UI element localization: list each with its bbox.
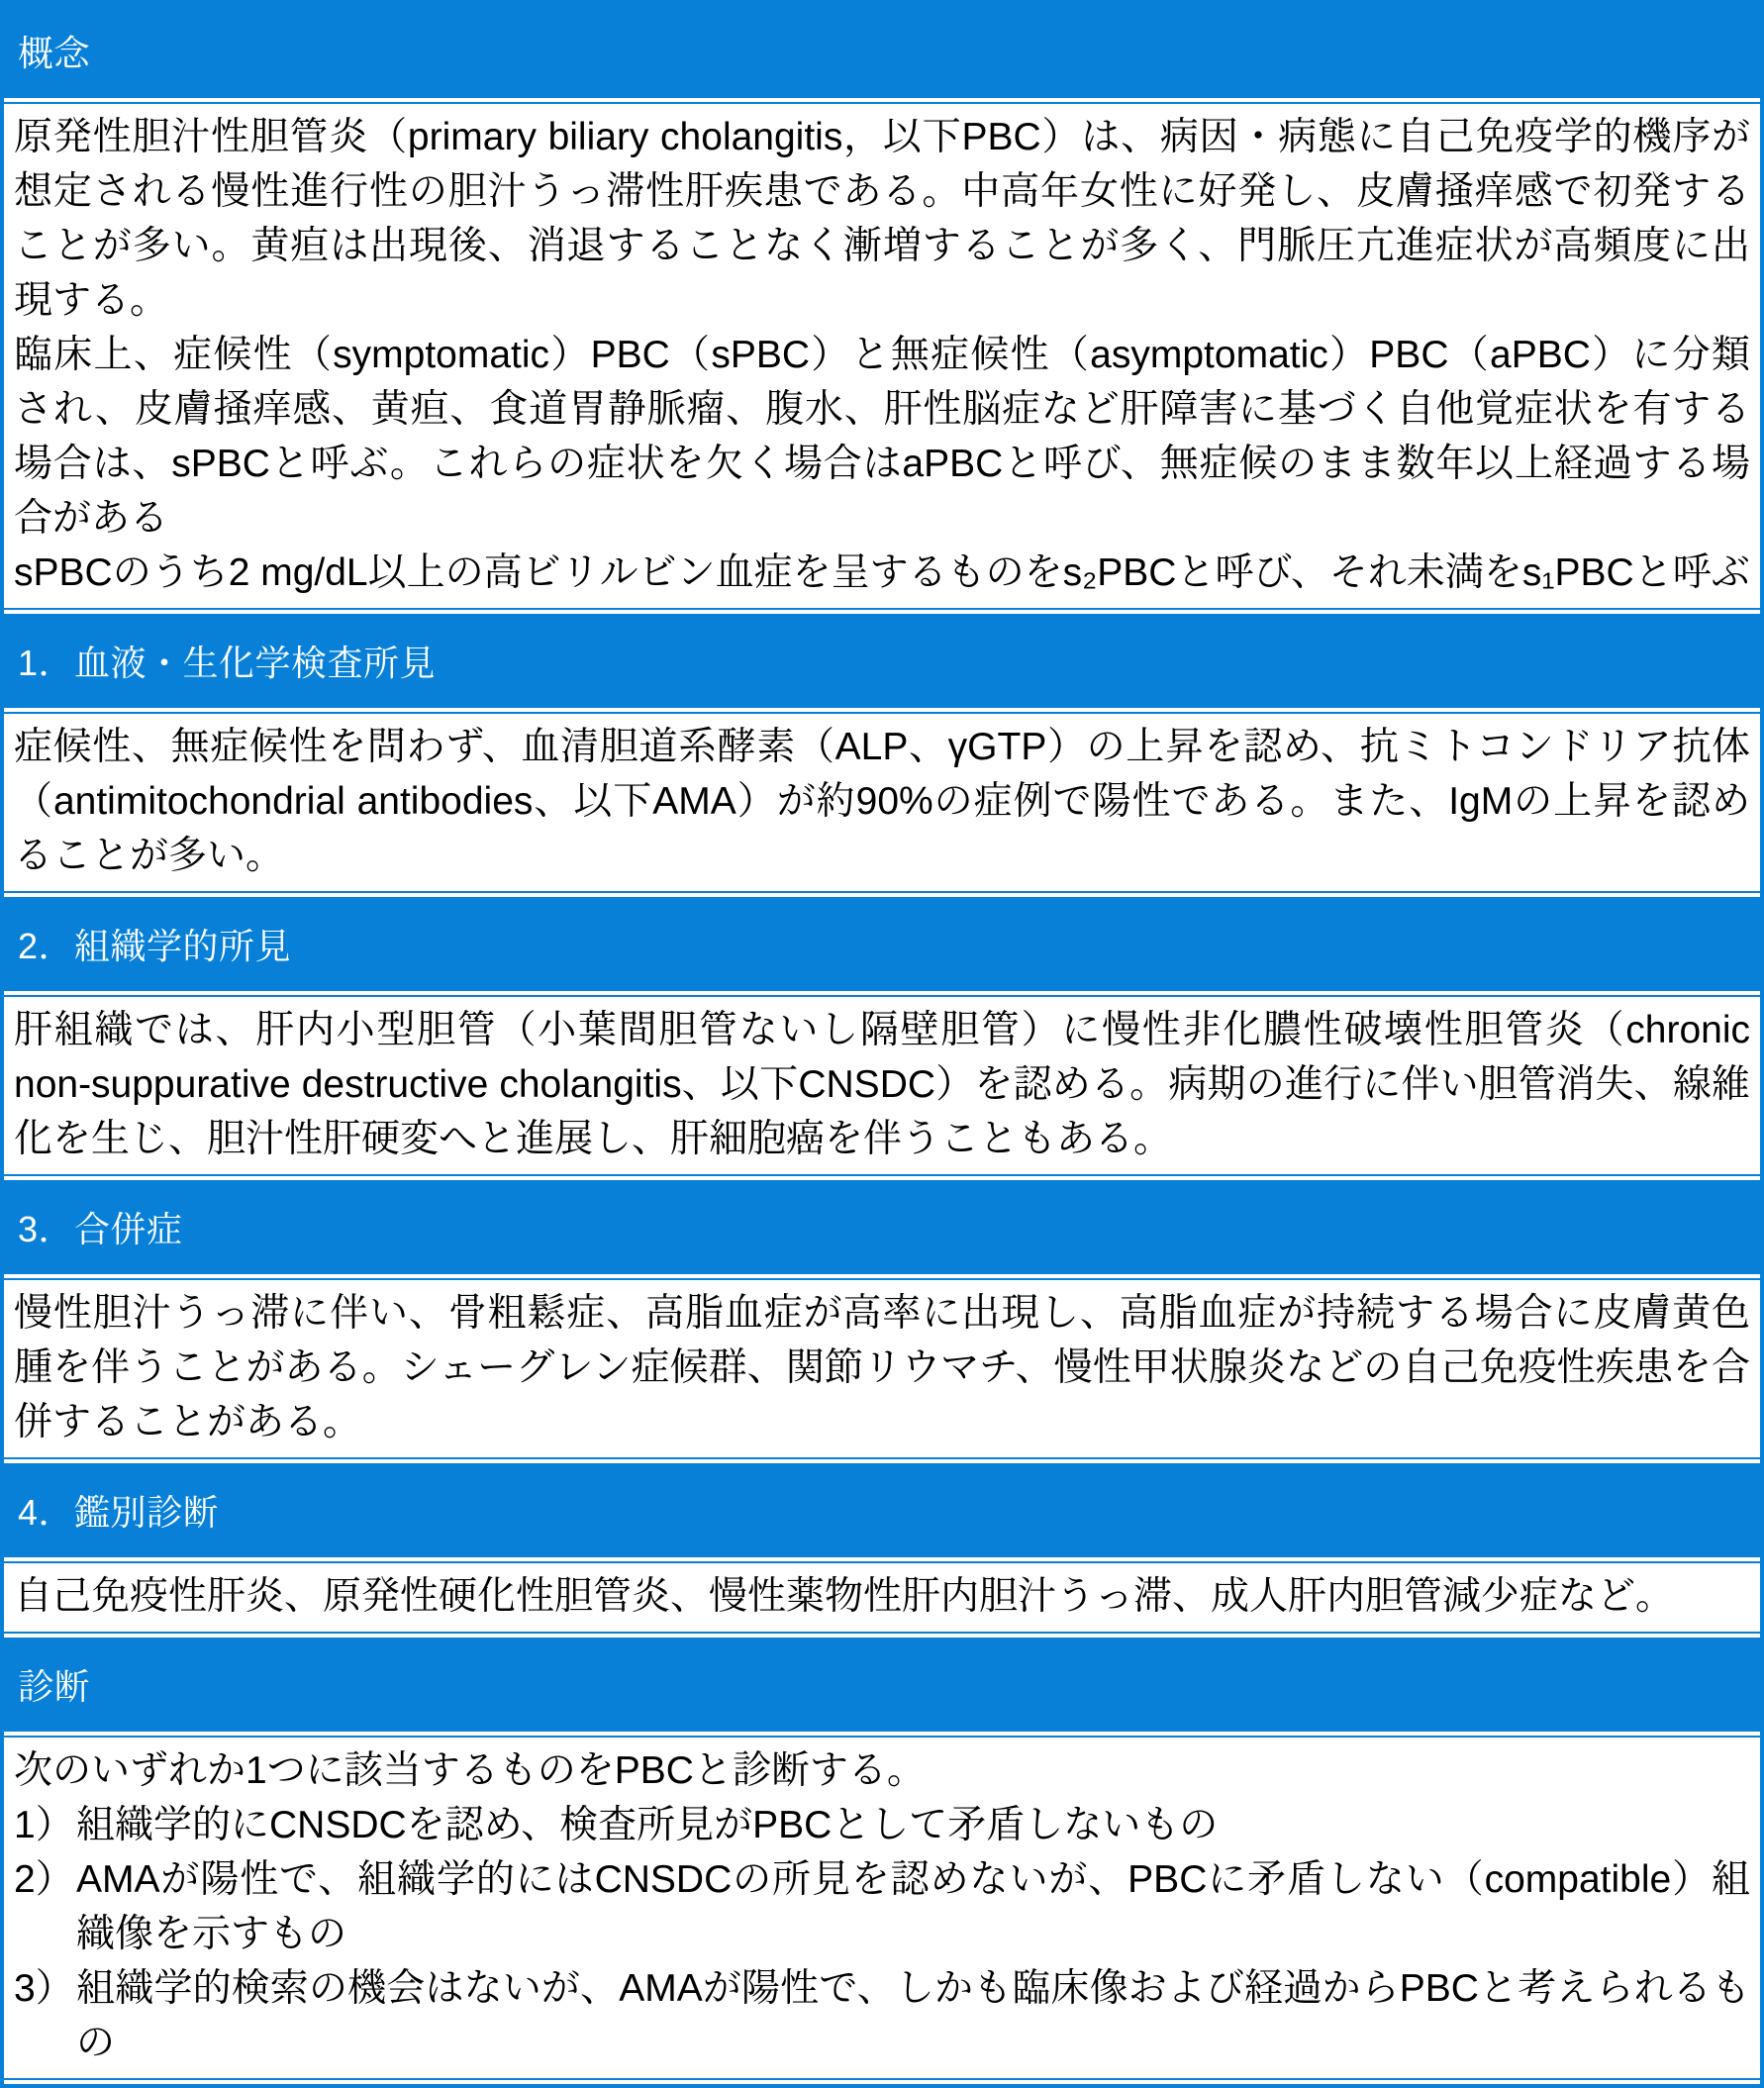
diagnosis-criterion-1-marker: 1） (14, 1798, 76, 1852)
concept-paragraph-1: 原発性胆汁性胆管炎（primary biliary cholangitis，以下… (14, 110, 1750, 328)
header-diagnosis: 診断 (4, 1638, 1760, 1732)
complications-paragraph: 慢性胆汁うっ滞に伴い、骨粗鬆症、高脂血症が高率に出現し、高脂血症が持続する場合に… (14, 1286, 1750, 1449)
header-histology-label: 2．組織学的所見 (18, 919, 291, 969)
header-concept: 概念 (4, 4, 1760, 98)
body-differential-diagnosis: 自己免疫性肝炎、原発性硬化性胆管炎、慢性薬物性肝内胆汁うっ滞、成人肝内胆管減少症… (4, 1561, 1760, 1634)
differential-diagnosis-paragraph: 自己免疫性肝炎、原発性硬化性胆管炎、慢性薬物性肝内胆汁うっ滞、成人肝内胆管減少症… (14, 1569, 1750, 1624)
diagnosis-criterion-1: 1）組織学的にCNSDCを認め、検査所見がPBCとして矛盾しないもの (14, 1798, 1750, 1852)
header-lab-findings: 1．血液・生化学検査所見 (4, 614, 1760, 708)
diagnosis-criterion-1-text: 組織学的にCNSDCを認め、検査所見がPBCとして矛盾しないもの (76, 1804, 1218, 1846)
header-complications: 3．合併症 (4, 1180, 1760, 1274)
concept-paragraph-3: sPBCのうち2 mg/dL以上の高ビリルビン血症を呈するものをs₂PBCと呼び… (14, 546, 1750, 600)
diagnosis-criterion-3: 3）組織学的検索の機会はないが、AMAが陽性で、しかも臨床像および経過からPBC… (14, 1961, 1750, 2070)
diagnosis-criterion-2-marker: 2） (14, 1852, 76, 1907)
header-complications-label: 3．合併症 (18, 1202, 183, 1252)
header-histology: 2．組織学的所見 (4, 897, 1760, 991)
diagnosis-criterion-3-text: 組織学的検索の機会はないが、AMAが陽性で、しかも臨床像および経過からPBCと考… (76, 1967, 1750, 2064)
diagnosis-criterion-2-text: AMAが陽性で、組織学的にはCNSDCの所見を認めないが、PBCに矛盾しない（c… (76, 1858, 1750, 1955)
diagnosis-intro: 次のいずれか1つに該当するものをPBCと診断する。 (14, 1743, 1750, 1798)
pbc-reference-document: 概念 原発性胆汁性胆管炎（primary biliary cholangitis… (0, 0, 1764, 2088)
diagnosis-criterion-3-marker: 3） (14, 1961, 76, 2016)
body-concept: 原発性胆汁性胆管炎（primary biliary cholangitis，以下… (4, 102, 1760, 610)
header-lab-findings-label: 1．血液・生化学検査所見 (18, 636, 436, 686)
body-diagnosis: 次のいずれか1つに該当するものをPBCと診断する。 1）組織学的にCNSDCを認… (4, 1736, 1760, 2080)
lab-findings-paragraph: 症候性、無症候性を問わず、血清胆道系酵素（ALP、γGTP）の上昇を認め、抗ミト… (14, 720, 1750, 883)
header-differential-diagnosis: 4．鑑別診断 (4, 1463, 1760, 1557)
diagnosis-criterion-2: 2）AMAが陽性で、組織学的にはCNSDCの所見を認めないが、PBCに矛盾しない… (14, 1852, 1750, 1961)
header-concept-label: 概念 (18, 26, 90, 76)
header-differential-diagnosis-label: 4．鑑別診断 (18, 1485, 219, 1536)
header-diagnosis-label: 診断 (18, 1659, 90, 1710)
body-complications: 慢性胆汁うっ滞に伴い、骨粗鬆症、高脂血症が高率に出現し、高脂血症が持続する場合に… (4, 1278, 1760, 1459)
histology-paragraph: 肝組織では、肝内小型胆管（小葉間胆管ないし隔壁胆管）に慢性非化膿性破壊性胆管炎（… (14, 1003, 1750, 1166)
concept-paragraph-2: 臨床上、症候性（symptomatic）PBC（sPBC）と無症候性（asymp… (14, 328, 1750, 546)
body-histology: 肝組織では、肝内小型胆管（小葉間胆管ないし隔壁胆管）に慢性非化膿性破壊性胆管炎（… (4, 995, 1760, 1176)
body-lab-findings: 症候性、無症候性を問わず、血清胆道系酵素（ALP、γGTP）の上昇を認め、抗ミト… (4, 712, 1760, 893)
